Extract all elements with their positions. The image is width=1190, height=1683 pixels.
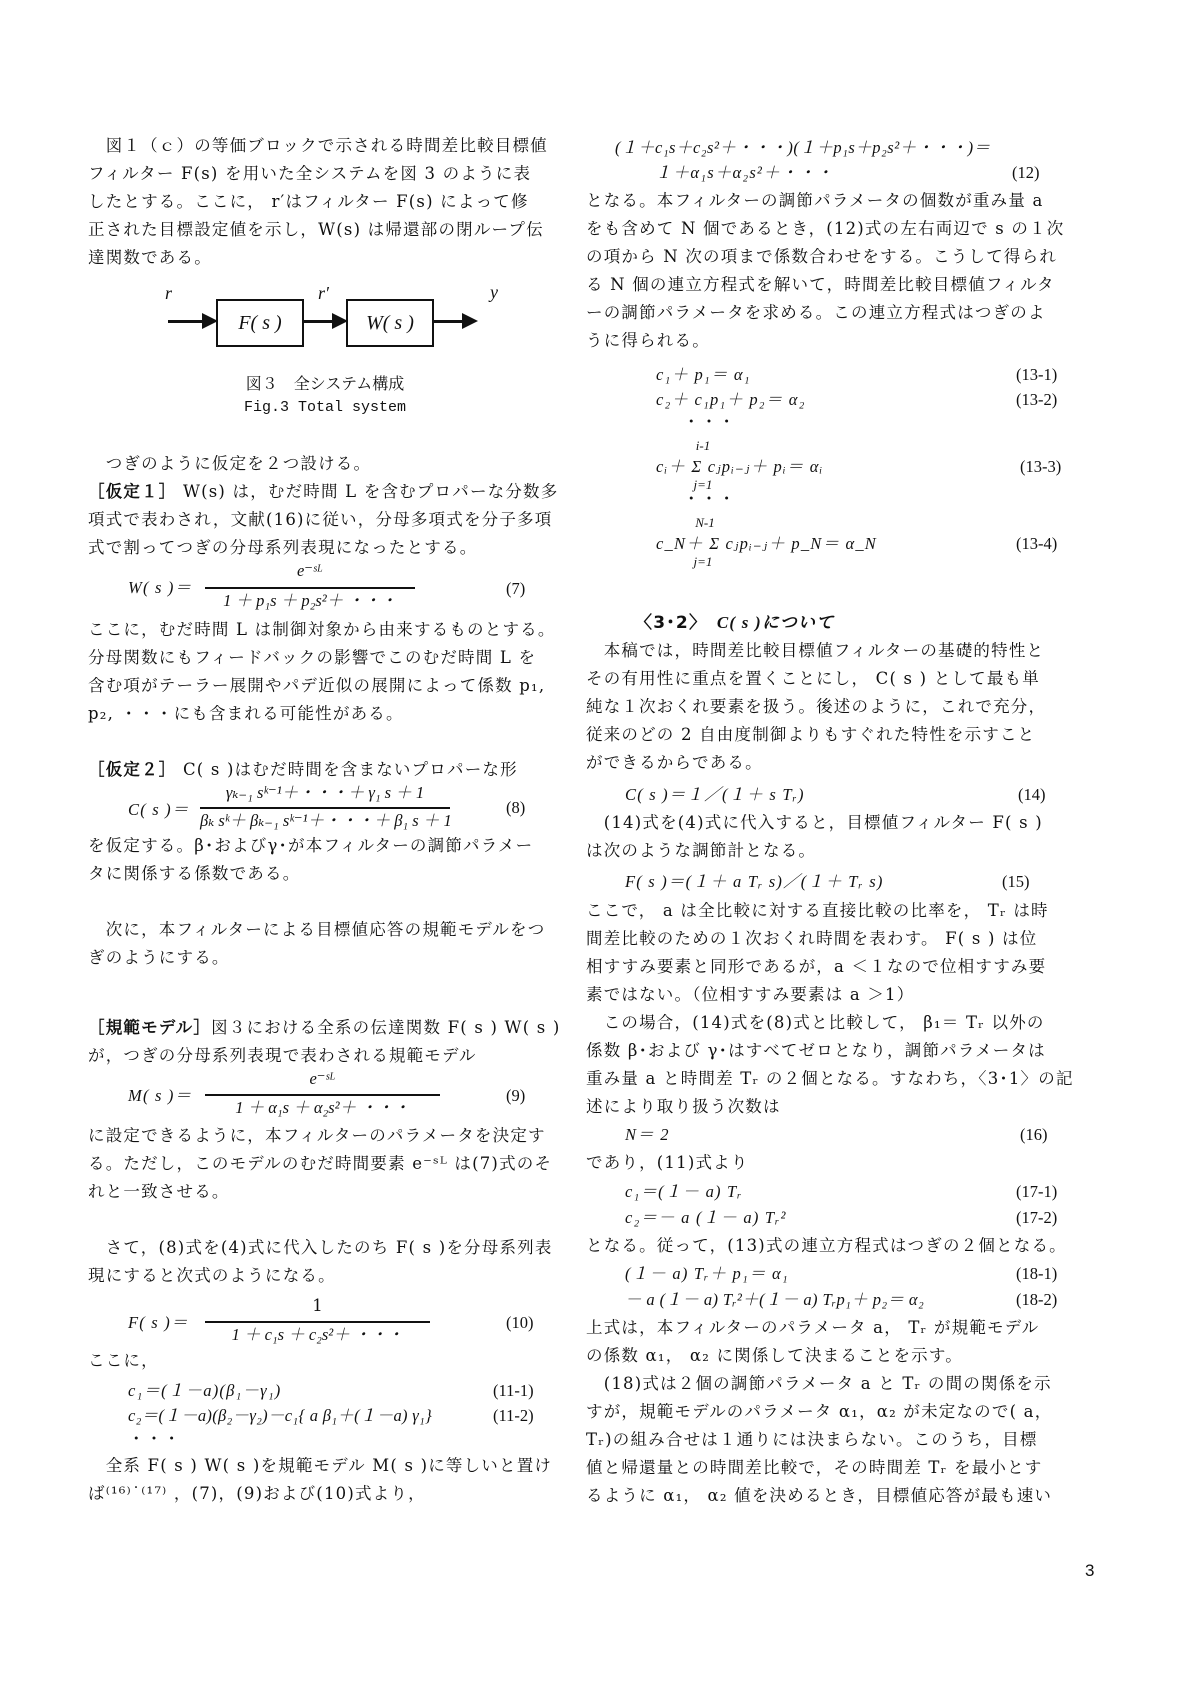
figure-caption-en: Fig.3 Total system	[220, 399, 430, 416]
equation-number: (18-1)	[1016, 1263, 1057, 1285]
input-arrow-line	[168, 320, 204, 323]
eq-numerator: e⁻ˢᴸ	[205, 561, 415, 581]
eq-denominator: 1 ＋ α₁s ＋ α₂s²＋ ・・・	[205, 1097, 440, 1119]
text-line: 従来のどの 2 自由度制御よりもすぐれた特性を示すこと	[586, 724, 1035, 746]
text-line: れと一致させる。	[88, 1181, 230, 1203]
text-line: ここに，むだ時間 L は制御対象から由来するものとする。	[88, 619, 556, 641]
text-line: タに関係する係数である。	[88, 863, 300, 885]
assumption1-line: ［仮定１］ W(s) は，むだ時間 L を含むプロパーな分数多	[88, 481, 558, 503]
text-line: うに得られる。	[586, 330, 710, 352]
equation-number: (13-4)	[1016, 533, 1057, 555]
equation-12-line1: (１＋c₁s＋c₂s²＋・・・)(１＋p₁s＋p₂s²＋・・・)＝	[615, 137, 991, 159]
text-line: 素ではない。（位相すすみ要素は a ＞1）	[586, 984, 914, 1006]
ellipsis: ・・・	[683, 488, 736, 510]
equation-number: (11-1)	[493, 1380, 534, 1402]
text-line: (18)式は２個の調節パラメータ a と Tᵣ の間の関係を示	[586, 1373, 1052, 1395]
text-line: 含む項がテーラー展開やパデ近似の展開によって係数 p₁,	[88, 675, 545, 697]
equation-number: (9)	[506, 1085, 525, 1107]
equation-number: (15)	[1002, 871, 1030, 893]
text-line: 重み量 a と時間差 Tᵣ の２個となる。すなわち，〈3･1〉の記	[586, 1068, 1074, 1090]
arrow-icon	[462, 313, 478, 329]
text-line: の項から N 次の項まで係数合わせをする。こうして得られ	[586, 246, 1057, 268]
equation-17-1: c₁＝(１－ a) Tᵣ	[625, 1181, 743, 1203]
model-line: ［規範モデル］図３における全系の伝達関数 F( s ) W( s )	[88, 1017, 561, 1039]
eq-lhs: F( s )＝	[128, 1312, 189, 1334]
text-line: 現にすると次式のようになる。	[88, 1265, 336, 1287]
text-line: となる。本フィルターの調節パラメータの個数が重み量 a	[586, 190, 1044, 212]
eq-numerator: e⁻ˢᴸ	[205, 1069, 440, 1089]
text-line: 分母関数にもフィードバックの影響でこのむだ時間 L を	[88, 647, 536, 669]
equation-number: (8)	[506, 797, 525, 819]
text-line: さて，(8)式を(4)式に代入したのち F( s )を分母系列表	[88, 1237, 553, 1259]
text-line: ーの調節パラメータを求める。この連立方程式はつぎのよ	[586, 302, 1046, 324]
output-label: y	[490, 282, 498, 303]
text-line: 間差比較のための１次おくれ時間を表わす。 F( s ) は位	[586, 928, 1037, 950]
ellipsis: ・・・	[128, 1428, 181, 1450]
equation-13-4: c_N＋ Σ cⱼpᵢ₋ⱼ＋ p_N＝ α_N	[656, 533, 877, 555]
text-line: ば⁽¹⁶⁾˙⁽¹⁷⁾ ，(7)，(9)および(10)式より，	[88, 1483, 426, 1505]
text-line: 正された目標設定値を示し，W(s) は帰還部の閉ループ伝	[88, 219, 544, 241]
equation-number: (13-1)	[1016, 364, 1057, 386]
equation-number: (13-2)	[1016, 389, 1057, 411]
equation-number: (14)	[1018, 784, 1046, 806]
text-line: 上式は，本フィルターのパラメータ a， Tᵣ が規範モデル	[586, 1317, 1039, 1339]
text-line: 全系 F( s ) W( s )を規範モデル M( s )に等しいと置け	[88, 1455, 552, 1477]
output-arrow-line	[434, 320, 464, 323]
eq-numerator: γₖ₋₁ sᵏ⁻¹＋・・・＋ γ₁ s ＋ 1	[200, 783, 450, 803]
text-line: 本稿では，時間差比較目標値フィルターの基礎的特性と	[586, 640, 1044, 662]
fraction-bar	[205, 1321, 430, 1323]
fraction-bar	[205, 1094, 440, 1096]
assumption2-line: ［仮定２］ C( s )はむだ時間を含まないプロパーな形	[88, 759, 518, 781]
text-line: したとする。ここに， r′はフィルター F(s) によって修	[88, 191, 529, 213]
text-line: ここで， a は全比較に対する直接比較の比率を， Tᵣ は時	[586, 900, 1049, 922]
text-line: る N 個の連立方程式を解いて，時間差比較目標値フィルタ	[586, 274, 1055, 296]
equation-17-2: c₂＝－ a (１－ a) Tᵣ²	[625, 1207, 787, 1229]
mid-arrow-line	[304, 320, 334, 323]
section-number: 〈3･2〉	[635, 613, 699, 633]
text-line: 次に，本フィルターによる目標値応答の規範モデルをつ	[88, 919, 545, 941]
equation-12-line2: １＋α₁s＋α₂s²＋・・・	[655, 162, 834, 184]
text-line: すが，規範モデルのパラメータ α₁，α₂ が未定なので( a，	[586, 1401, 1052, 1423]
page-number: 3	[1085, 1560, 1096, 1582]
eq-numerator: 1	[205, 1296, 430, 1316]
text-line: この場合，(14)式を(8)式と比較して， β₁＝ Tᵣ 以外の	[586, 1012, 1045, 1034]
equation-number: (12)	[1012, 162, 1040, 184]
figure-caption-jp: 図３ 全システム構成	[220, 371, 430, 394]
eq-lhs: W( s )＝	[128, 577, 192, 599]
equation-number: (17-2)	[1016, 1207, 1057, 1229]
equation-number: (17-1)	[1016, 1181, 1057, 1203]
equation-13-3: cᵢ＋ Σ cⱼpᵢ₋ⱼ＋ pᵢ＝ αᵢ	[656, 456, 823, 478]
text-line: p₂, ・・・にも含まれる可能性がある。	[88, 703, 404, 725]
equation-number: (16)	[1020, 1124, 1048, 1146]
text-line: 相すすみ要素と同形であるが，a ＜１なので位相すすみ要	[586, 956, 1046, 978]
sum-lower-limit: j=1	[693, 554, 713, 570]
text-line: ここに，	[88, 1350, 159, 1372]
fraction-bar	[200, 807, 450, 809]
text-line: 項式で表わされ，文献(16)に従い，分母多項式を分子多項	[88, 509, 552, 531]
text-line: をも含めて N 個であるとき，(12)式の左右両辺で s の１次	[586, 218, 1065, 240]
equation-11-1: c₁＝(１－a)(β₁－γ₁)	[128, 1380, 281, 1402]
text-line: に設定できるように，本フィルターのパラメータを決定す	[88, 1125, 546, 1147]
sum-upper-limit: N-1	[693, 515, 717, 531]
block-f: F( s )	[216, 299, 304, 347]
equation-number: (13-3)	[1020, 456, 1061, 478]
fraction-bar	[205, 587, 415, 589]
equation-11-2: c₂＝(１－a)(β₂－γ₂)－c₁{ a β₁＋(１－a) γ₁}	[128, 1405, 432, 1427]
text-line: 純な１次おくれ要素を扱う。後述のように，これで充分，	[586, 696, 1046, 718]
equation-13-1: c₁＋ p₁＝ α₁	[656, 364, 751, 386]
assumption2-label: ［仮定２］	[88, 760, 177, 779]
text-line: フィルター F(s) を用いた全システムを図 3 のように表	[88, 163, 531, 185]
eq-denominator: βₖ sᵏ＋ βₖ₋₁ sᵏ⁻¹＋・・・＋ β₁ s ＋ 1	[200, 811, 450, 831]
equation-18-1: (１－ a) Tᵣ＋ p₁＝ α₁	[625, 1263, 789, 1285]
equation-number: (7)	[506, 578, 525, 600]
eq-lhs: C( s )＝	[128, 799, 190, 821]
text-line: 図１（ｃ）の等価ブロックで示される時間差比較目標値	[88, 135, 548, 157]
text-line: 値と帰還量との時間差比較で，その時間差 Tᵣ を最小とす	[586, 1457, 1043, 1479]
text-line: が，つぎの分母系列表現で表わされる規範モデル	[88, 1045, 477, 1067]
section-title: C( s )について	[717, 613, 834, 632]
equation-13-2: c₂＋ c₁p₁＋ p₂＝ α₂	[656, 389, 806, 411]
equation-18-2: － a (１－ a) Tᵣ²＋(１－ a) Tᵣp₁＋ p₂＝ α₂	[625, 1289, 924, 1311]
ellipsis: ・・・	[683, 411, 736, 433]
text-line: 述により取り扱う次数は	[586, 1096, 781, 1118]
text-line: は次のような調節計となる。	[586, 840, 816, 862]
input-label: r	[165, 283, 172, 304]
block-w: W( s )	[346, 299, 434, 347]
equation-number: (18-2)	[1016, 1289, 1057, 1311]
text-line: その有用性に重点を置くことにし， C( s ) として最も単	[586, 668, 1040, 690]
assumption1-label: ［仮定１］	[88, 482, 177, 501]
text-line: の係数 α₁， α₂ に関係して決まることを示す。	[586, 1345, 963, 1367]
model-label: ［規範モデル］	[88, 1018, 211, 1037]
text-line: るように α₁， α₂ 値を決めるとき，目標値応答が最も速い	[586, 1485, 1052, 1507]
mid-label: r′	[318, 283, 329, 304]
sum-upper-limit: i-1	[693, 438, 713, 454]
text-line: Tᵣ)の組み合せは１通りには決まらない。このうち，目標	[586, 1429, 1038, 1451]
text-line: であり，(11)式より	[586, 1152, 749, 1174]
text-line: ぎのようにする。	[88, 947, 230, 969]
equation-16: N＝ 2	[625, 1124, 670, 1146]
text-line: となる。従って，(13)式の連立方程式はつぎの２個となる。	[586, 1235, 1067, 1257]
text: 図３における全系の伝達関数 F( s ) W( s )	[211, 1018, 560, 1037]
text: C( s )はむだ時間を含まないプロパーな形	[177, 760, 518, 779]
eq-denominator: 1 ＋ c₁s ＋ c₂s²＋ ・・・	[205, 1324, 430, 1346]
text-line: 係数 β･および γ･はすべてゼロとなり，調節パラメータは	[586, 1040, 1046, 1062]
text-line: を仮定する。β･およびγ･が本フィルターの調節パラメー	[88, 835, 533, 857]
text-line: (14)式を(4)式に代入すると，目標値フィルター F( s )	[586, 812, 1043, 834]
text-line: 式で割ってつぎの分母系列表現になったとする。	[88, 537, 477, 559]
text-line: つぎのように仮定を２つ設ける。	[88, 453, 371, 475]
equation-number: (11-2)	[493, 1405, 534, 1427]
text-line: 達関数である。	[88, 247, 212, 269]
section-heading: 〈3･2〉 C( s )について	[635, 612, 834, 634]
text: W(s) は，むだ時間 L を含むプロパーな分数多	[177, 482, 559, 501]
equation-15: F( s )＝(１＋ a Tᵣ s)／(１＋ Tᵣ s)	[625, 871, 884, 893]
text-line: ができるからである。	[586, 752, 763, 774]
eq-denominator: 1 ＋ p₁s ＋ p₂s²＋ ・・・	[205, 590, 415, 612]
eq-lhs: M( s )＝	[128, 1085, 192, 1107]
equation-number: (10)	[506, 1312, 534, 1334]
text-line: る。ただし，このモデルのむだ時間要素 e⁻ˢᴸ は(7)式のそ	[88, 1153, 552, 1175]
equation-14: C( s )＝１／(１＋ s Tᵣ)	[625, 784, 805, 806]
